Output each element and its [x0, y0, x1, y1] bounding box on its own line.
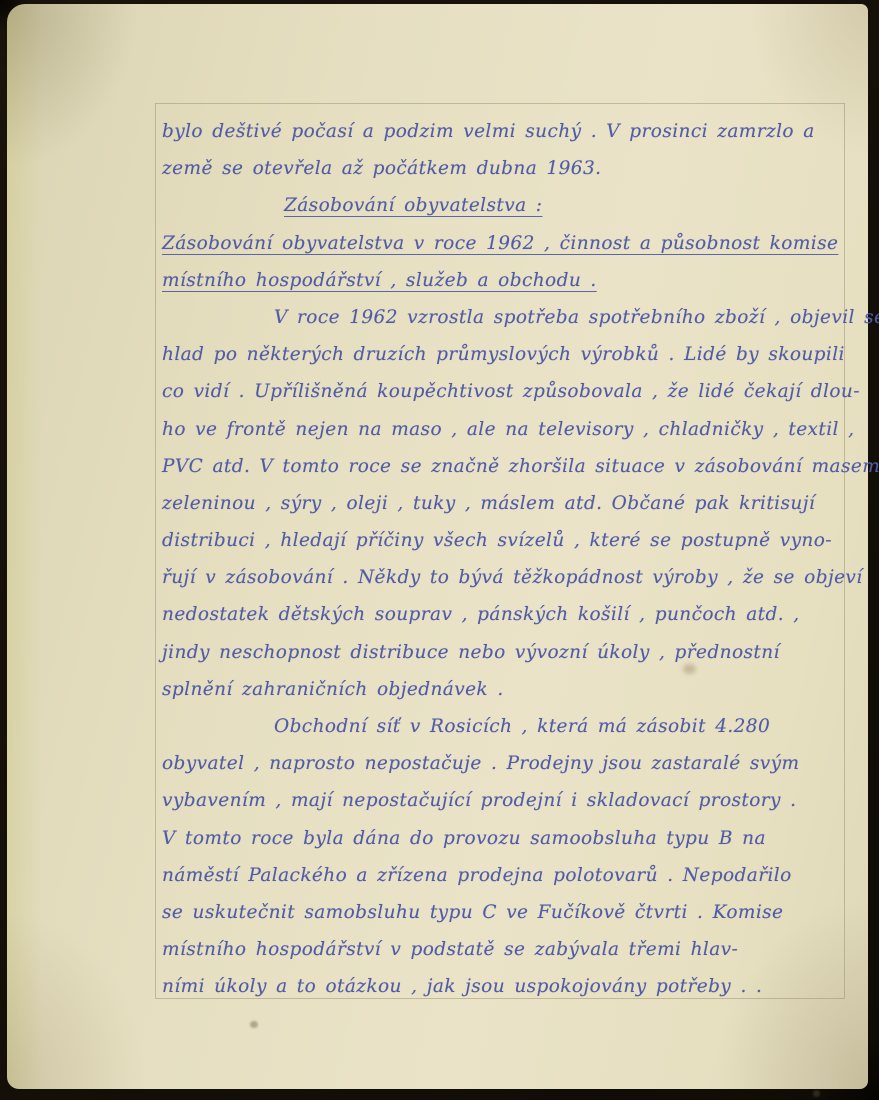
text-line: obyvatel , naprosto nepostačuje . Prodej… [162, 745, 842, 782]
text-line: řují v zásobování . Někdy to bývá těžkop… [162, 559, 842, 596]
text-line: hlad po některých druzích průmyslových v… [162, 336, 842, 373]
text-line: místního hospodářství v podstatě se zabý… [162, 931, 842, 968]
text-line: země se otevřela až počátkem dubna 1963. [162, 150, 842, 187]
text-line: náměstí Palackého a zřízena prodejna pol… [162, 857, 842, 894]
text-line: bylo deštivé počasí a podzim velmi suchý… [162, 113, 842, 150]
scanned-page-frame: bylo deštivé počasí a podzim velmi suchý… [0, 0, 879, 1100]
text-line: ními úkoly a to otázkou , jak jsou uspok… [162, 968, 842, 1005]
paper-speck [813, 1090, 820, 1097]
text-line: místního hospodářství , služeb a obchodu… [162, 262, 842, 299]
text-line: vybavením , mají nepostačující prodejní … [162, 782, 842, 819]
paragraph-start-line: Obchodní síť v Rosicích , která má zásob… [162, 708, 842, 745]
text-line: co vidí . Upřílišněná koupěchtivost způs… [162, 373, 842, 410]
text-line: Zásobování obyvatelstva v roce 1962 , či… [162, 225, 842, 262]
paper-sheet: bylo deštivé počasí a podzim velmi suchý… [7, 4, 868, 1089]
handwritten-text: bylo deštivé počasí a podzim velmi suchý… [162, 113, 842, 1006]
text-line: PVC atd. V tomto roce se značně zhoršila… [162, 448, 842, 485]
section-heading: Zásobování obyvatelstva : [162, 187, 842, 224]
text-line: distribuci , hledají příčiny všech svíze… [162, 522, 842, 559]
paper-speck [250, 1021, 258, 1028]
paragraph-start-line: V roce 1962 vzrostla spotřeba spotřebníh… [162, 299, 842, 336]
text-line: zeleninou , sýry , oleji , tuky , máslem… [162, 485, 842, 522]
text-line: V tomto roce byla dána do provozu samoob… [162, 820, 842, 857]
text-line: nedostatek dětských souprav , pánských k… [162, 596, 842, 633]
text-line: splnění zahraničních objednávek . [162, 671, 842, 708]
text-line: se uskutečnit samobsluhu typu C ve Fučík… [162, 894, 842, 931]
text-line: ho ve frontě nejen na maso , ale na tele… [162, 411, 842, 448]
text-line: jindy neschopnost distribuce nebo vývozn… [162, 634, 842, 671]
